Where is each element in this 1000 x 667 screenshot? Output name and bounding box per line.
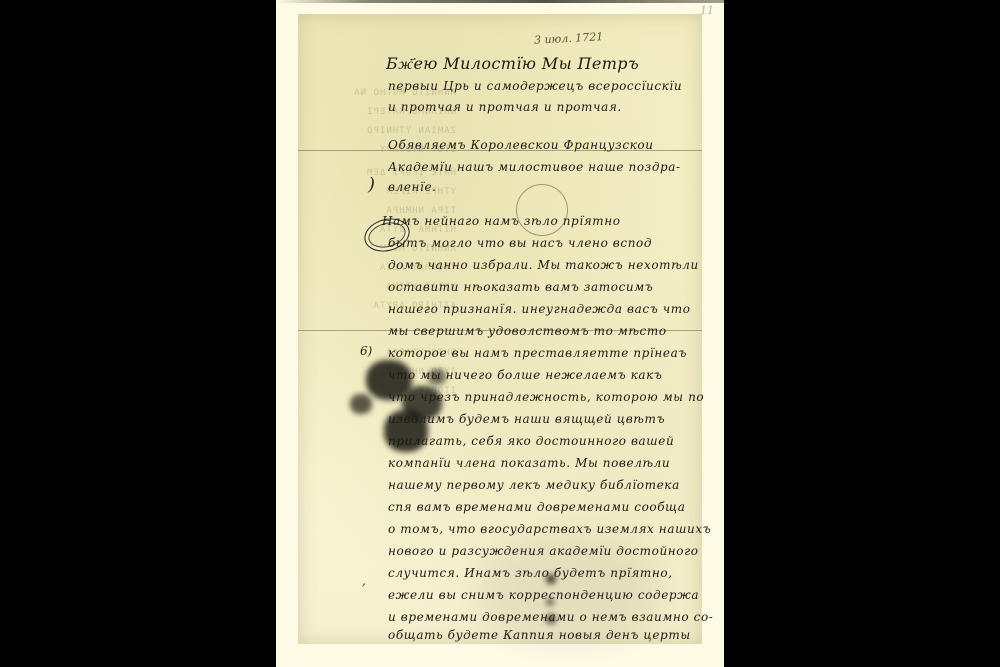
manuscript-line: оставити нѣоказать вамъ затосимъ <box>388 280 718 294</box>
manuscript-line: первыи Црь и самодержецъ всероссїискїи <box>388 79 718 93</box>
manuscript-line: что чрезъ принадлежность, которою мы по <box>388 390 718 404</box>
manuscript-line: что мы ничего болше нежелаемъ какъ <box>388 368 718 382</box>
manuscript-line: которое вы намъ преставляетте прїнеаъ <box>388 346 718 360</box>
margin-mark: 6) <box>360 344 372 358</box>
manuscript-line: и временами довременами о немъ взаимно с… <box>388 610 718 624</box>
photo-print: 11 ΛΝΗΝΙΤΟ ΜΟΤΗΟ ΝΑ ΝΗΙΛΝΜΟ ΚΑΤΕΡΙ ΖΑΜΙΑ… <box>276 0 724 667</box>
manuscript-line-title: Бж҃ею Милостїю Мы Петръ <box>386 54 716 74</box>
manuscript-line: прилагать, себя яко достоинного вашей <box>388 434 718 448</box>
manuscript-line: ежели вы снимъ корреспонденцию содержа <box>388 588 718 602</box>
manuscript-line: мы свершимъ удоволствомъ то мѣсто <box>388 324 718 338</box>
manuscript-line: домъ чанно избрали. Мы такожъ нехотѣли <box>388 258 718 272</box>
manuscript-line: Намъ нейнаго намъ зѣло прїятно <box>382 214 712 228</box>
manuscript-line: Обявляемъ Королевскои Французскои <box>388 138 718 152</box>
manuscript-line: нового и разсуждения академїи достойного <box>388 544 718 558</box>
ink-stain <box>350 394 372 414</box>
manuscript-line: Академїи нашъ милостивое наше поздра- <box>388 160 718 174</box>
manuscript-line: общать будете Каппия новыя денъ церты <box>388 628 718 642</box>
manuscript-sheet: ΛΝΗΝΙΤΟ ΜΟΤΗΟ ΝΑ ΝΗΙΛΝΜΟ ΚΑΤΕΡΙ ΖΑΜΙΑΝ Υ… <box>298 14 702 644</box>
manuscript-line: нашему первому лекъ медику библїотека <box>388 478 718 492</box>
archive-number: 11 <box>700 4 714 17</box>
manuscript-line: о томъ, что вгосударствахъ иземлях наших… <box>388 522 718 536</box>
manuscript-line: бытъ могло что вы насъ члено вспод <box>388 236 718 250</box>
manuscript-line: изволимъ будемъ наши вящщей цвѣтъ <box>388 412 718 426</box>
manuscript-line: нашего признанїя. инеугнадежда васъ что <box>388 302 718 316</box>
print-top-shadow <box>276 0 724 3</box>
manuscript-line: случится. Инамъ зѣло будетъ прїятно, <box>388 566 718 580</box>
manuscript-line: компанїи члена показать. Мы повелѣли <box>388 456 718 470</box>
manuscript-line: вленїе. <box>388 180 718 194</box>
date-annotation: 3 июл. 1721 <box>534 30 604 47</box>
margin-mark: , <box>362 574 366 588</box>
manuscript-line: и протчая и протчая и протчая. <box>388 100 718 114</box>
manuscript-line: спя вамъ временами довременами сообща <box>388 500 718 514</box>
margin-mark: ) <box>368 174 375 195</box>
